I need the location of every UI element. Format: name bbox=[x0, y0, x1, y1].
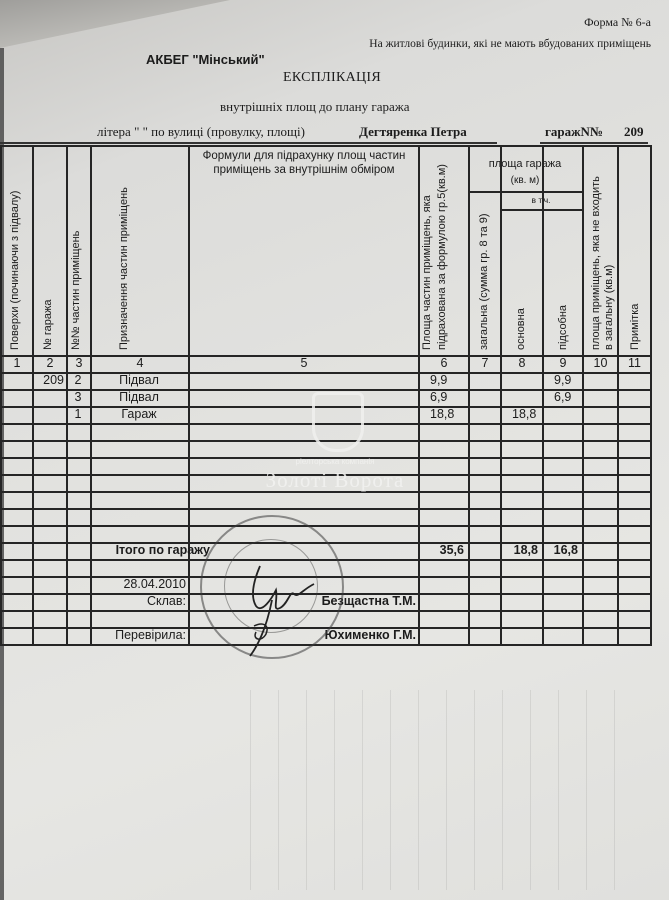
grid-vline bbox=[500, 145, 502, 644]
grid-hline bbox=[0, 525, 652, 527]
garage-label: гаражN№ bbox=[545, 124, 603, 140]
watermark-big-text: Золоті Ворота bbox=[255, 468, 415, 493]
col-header-part-no: №№ частин приміщень bbox=[70, 231, 83, 350]
col-header-total: загальна (сумма гр. 8 та 9) bbox=[478, 213, 491, 350]
garage-number: 209 bbox=[624, 124, 644, 140]
grid-hline bbox=[0, 508, 652, 510]
table-cell-purpose: Підвал bbox=[92, 390, 186, 404]
table-cell-part: 3 bbox=[68, 390, 88, 404]
grid-hline bbox=[0, 644, 652, 646]
column-number: 5 bbox=[190, 356, 418, 370]
total-aux: 16,8 bbox=[544, 543, 578, 557]
grid-hline bbox=[0, 145, 652, 147]
column-number: 9 bbox=[544, 356, 582, 370]
form-number: Форма № 6-а bbox=[584, 15, 651, 30]
col-group-incl: в т.ч. bbox=[502, 195, 580, 205]
table-cell-aux: 6,9 bbox=[544, 390, 580, 404]
column-number: 7 bbox=[470, 356, 500, 370]
street-prefix: літера " " по вулиці (провулку, площі) bbox=[97, 124, 305, 140]
column-number: 10 bbox=[584, 356, 617, 370]
grid-vline bbox=[188, 145, 190, 644]
col-header-excluded-a: площа приміщень, яка не входить bbox=[590, 176, 603, 350]
column-number: 6 bbox=[420, 356, 468, 370]
organization-name: АКБЕГ "Мінський" bbox=[146, 52, 265, 67]
col-header-excluded-b: в загальну (кв.м) bbox=[603, 265, 616, 350]
table-cell-part: 2 bbox=[68, 373, 88, 387]
table-cell-purpose: Підвал bbox=[92, 373, 186, 387]
garage-underline bbox=[540, 142, 648, 144]
form-note: На житлові будинки, які не мають вбудова… bbox=[369, 38, 651, 50]
col-header-purpose: Призначення частин приміщень bbox=[118, 187, 131, 350]
col-header-formulas: Формули для підрахунку площ частин примі… bbox=[192, 149, 416, 177]
grid-vline bbox=[0, 145, 2, 644]
column-number: 8 bbox=[502, 356, 542, 370]
total-main: 18,8 bbox=[502, 543, 538, 557]
col-header-floors: Поверхи (починаючи з підвалу) bbox=[9, 191, 22, 350]
grid-vline bbox=[32, 145, 34, 644]
grid-hline bbox=[468, 191, 584, 193]
grid-vline bbox=[582, 145, 584, 644]
col-group-garage-area: площа гаража bbox=[470, 158, 580, 170]
street-underline bbox=[0, 142, 497, 144]
signature-icon bbox=[232, 560, 322, 660]
col-header-garage-no: № гаража bbox=[42, 300, 55, 350]
table-cell-aux: 9,9 bbox=[544, 373, 580, 387]
table-cell-area: 6,9 bbox=[420, 390, 466, 404]
column-number: 3 bbox=[68, 356, 90, 370]
column-number: 11 bbox=[619, 356, 650, 370]
grid-vline bbox=[650, 145, 652, 644]
watermark-shield-icon bbox=[312, 392, 364, 452]
col-header-note: Примітка bbox=[629, 304, 642, 350]
watermark-small-text: ріелторська компанія bbox=[265, 457, 405, 466]
document-subtitle: внутрішніх площ до плану гаража bbox=[220, 99, 410, 115]
col-header-aux: підсобна bbox=[557, 305, 570, 350]
table-cell-purpose: Гараж bbox=[92, 407, 186, 421]
grid-vline bbox=[468, 145, 470, 644]
total-area: 35,6 bbox=[420, 543, 464, 557]
checked-label: Перевірила: bbox=[92, 628, 186, 642]
watermark: ріелторська компанія Золоті Ворота bbox=[255, 388, 415, 503]
table-cell-main: 18,8 bbox=[502, 407, 540, 421]
document-title: ЕКСПЛІКАЦІЯ bbox=[283, 70, 381, 86]
compiled-label: Склав: bbox=[92, 594, 186, 608]
table-cell-part: 1 bbox=[68, 407, 88, 421]
column-number: 1 bbox=[2, 356, 32, 370]
col-header-main: основна bbox=[515, 308, 528, 350]
column-number: 4 bbox=[92, 356, 188, 370]
col-header-area-b: підрахована за формулою гр.5(кв.м) bbox=[436, 164, 449, 350]
col-header-area-a: Площа частин приміщень, яка bbox=[421, 195, 434, 350]
grid-hline bbox=[500, 209, 584, 211]
column-number: 2 bbox=[34, 356, 66, 370]
grid-vline bbox=[617, 145, 619, 644]
total-label: Ітого по гаражу bbox=[92, 543, 210, 557]
street-name: Дегтяренка Петра bbox=[359, 124, 467, 140]
table-cell-area: 9,9 bbox=[420, 373, 466, 387]
show-through-lines bbox=[250, 690, 630, 890]
col-group-unit: (кв. м) bbox=[470, 175, 580, 186]
document-date: 28.04.2010 bbox=[92, 577, 186, 591]
table-cell-area: 18,8 bbox=[420, 407, 466, 421]
table-cell-garage: 209 bbox=[34, 373, 64, 387]
